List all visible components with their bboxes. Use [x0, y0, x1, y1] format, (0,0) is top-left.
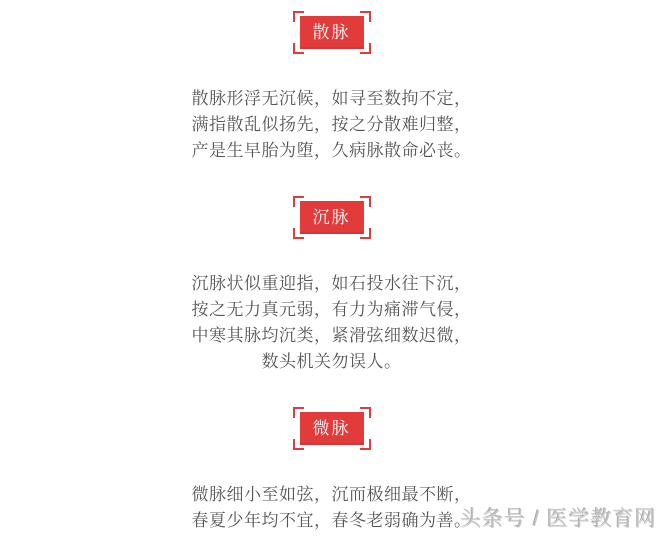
corner-bracket-bottom-left — [293, 228, 304, 239]
verse-faint: 微脉细小至如弦，沉而极细最不断， 春夏少年均不宜，春冬老弱确为善。 — [192, 482, 472, 534]
article-body: 散脉 散脉形浮无沉候，如寻至数拘不定， 满指散乱似扬先，按之分散难归整， 产是生… — [0, 0, 663, 534]
verse-line: 沉脉状似重迎指，如石投水往下沉， — [192, 271, 472, 297]
corner-bracket-bottom-left — [293, 439, 304, 450]
badge-frame-faint: 微脉 — [293, 407, 371, 450]
corner-bracket-top-right — [360, 11, 371, 22]
corner-bracket-top-right — [360, 196, 371, 207]
badge-label-deep: 沉脉 — [300, 201, 364, 234]
badge-label-faint: 微脉 — [300, 412, 364, 445]
verse-line: 散脉形浮无沉候，如寻至数拘不定， — [192, 86, 472, 112]
verse-scattered: 散脉形浮无沉候，如寻至数拘不定， 满指散乱似扬先，按之分散难归整， 产是生早胎为… — [192, 86, 472, 164]
corner-bracket-top-left — [293, 11, 304, 22]
verse-line: 中寒其脉均沉类，紧滑弦细数迟微， — [192, 323, 472, 349]
pulse-section-faint: 微脉 微脉细小至如弦，沉而极细最不断， 春夏少年均不宜，春冬老弱确为善。 — [192, 407, 472, 534]
verse-line: 按之无力真元弱，有力为痛滞气侵， — [192, 297, 472, 323]
verse-line: 春夏少年均不宜，春冬老弱确为善。 — [192, 508, 472, 534]
corner-bracket-bottom-right — [360, 439, 371, 450]
watermark: 头条号 / 医学教育网 — [460, 503, 657, 533]
corner-bracket-top-left — [293, 407, 304, 418]
corner-bracket-bottom-right — [360, 43, 371, 54]
corner-bracket-bottom-right — [360, 228, 371, 239]
corner-bracket-top-right — [360, 407, 371, 418]
verse-line: 微脉细小至如弦，沉而极细最不断， — [192, 482, 472, 508]
verse-line: 产是生早胎为堕，久病脉散命必丧。 — [192, 138, 472, 164]
corner-bracket-top-left — [293, 196, 304, 207]
badge-frame-scattered: 散脉 — [293, 11, 371, 54]
badge-frame-deep: 沉脉 — [293, 196, 371, 239]
badge-label-scattered: 散脉 — [300, 16, 364, 49]
verse-deep: 沉脉状似重迎指，如石投水往下沉， 按之无力真元弱，有力为痛滞气侵， 中寒其脉均沉… — [192, 271, 472, 375]
pulse-section-scattered: 散脉 散脉形浮无沉候，如寻至数拘不定， 满指散乱似扬先，按之分散难归整， 产是生… — [192, 11, 472, 164]
pulse-section-deep: 沉脉 沉脉状似重迎指，如石投水往下沉， 按之无力真元弱，有力为痛滞气侵， 中寒其… — [192, 196, 472, 375]
verse-line: 数头机关勿误人。 — [192, 349, 472, 375]
verse-line: 满指散乱似扬先，按之分散难归整， — [192, 112, 472, 138]
corner-bracket-bottom-left — [293, 43, 304, 54]
